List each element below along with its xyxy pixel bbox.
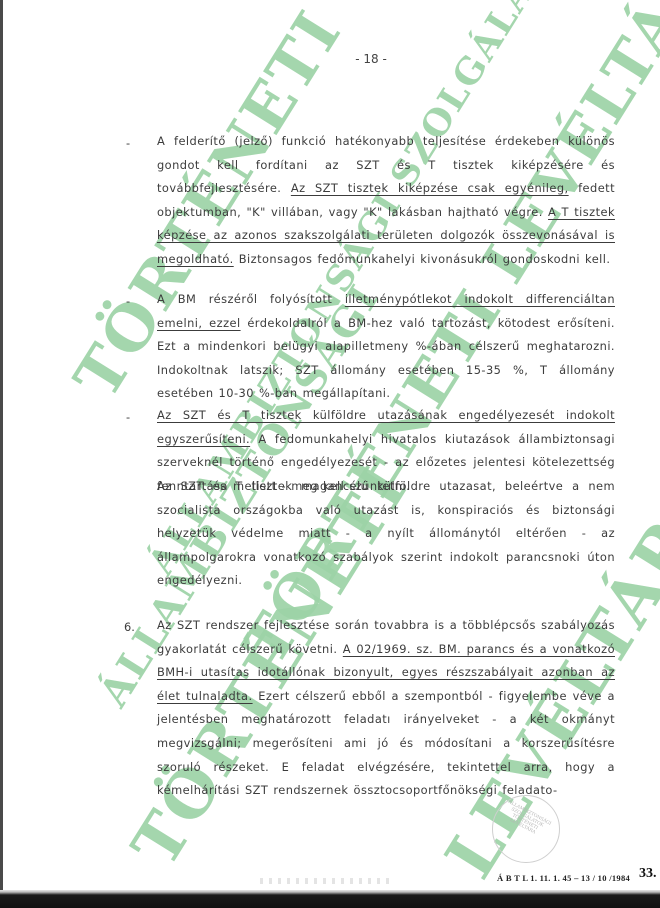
list-marker: 6. <box>124 620 135 634</box>
list-marker: - <box>126 410 130 424</box>
faint-scan-marks <box>260 878 390 884</box>
round-archive-stamp-icon: ÁLLAMBIZTONSÁGI SZOLGÁLATOK TÖRTÉNETI LE… <box>499 799 553 840</box>
paragraph: A felderítő (jelző) funkció hatékonyabb … <box>157 130 615 272</box>
text-segment: Az SZT és T tisztek magancélú külföldre … <box>157 479 615 587</box>
scan-bottom-border <box>0 890 660 908</box>
page-number: - 18 - <box>0 52 660 66</box>
sheet-number: 33. <box>639 866 657 882</box>
archive-stamp: ÁLLAMBIZTONSÁGI SZOLGÁLATOK TÖRTÉNETI LE… <box>492 795 560 863</box>
text-segment: A BM részéről folyósított <box>157 292 345 306</box>
paragraph: Az SZT és T tisztek magancélú külföldre … <box>157 475 615 593</box>
paragraph: Az SZT rendszer fejlesztése során tovabb… <box>157 614 615 803</box>
list-marker: - <box>126 136 130 150</box>
archive-reference: Á B T L 1. 11. 1. 45 – 13 / 10 /1984 <box>497 873 630 883</box>
paragraph: A BM részéről folyósított illetménypótle… <box>157 288 615 406</box>
underlined-text: Az SZT tisztek kiképzése csak egyénileg, <box>291 181 569 195</box>
text-segment: Biztonsagos fedőmunkahelyi kivonásukról … <box>234 252 611 266</box>
list-marker: - <box>126 294 130 308</box>
text-segment: Ezert célszerű ebből a szempontból - fig… <box>157 689 615 797</box>
document-page: - 18 - - A felderítő (jelző) funkció hat… <box>0 0 660 890</box>
